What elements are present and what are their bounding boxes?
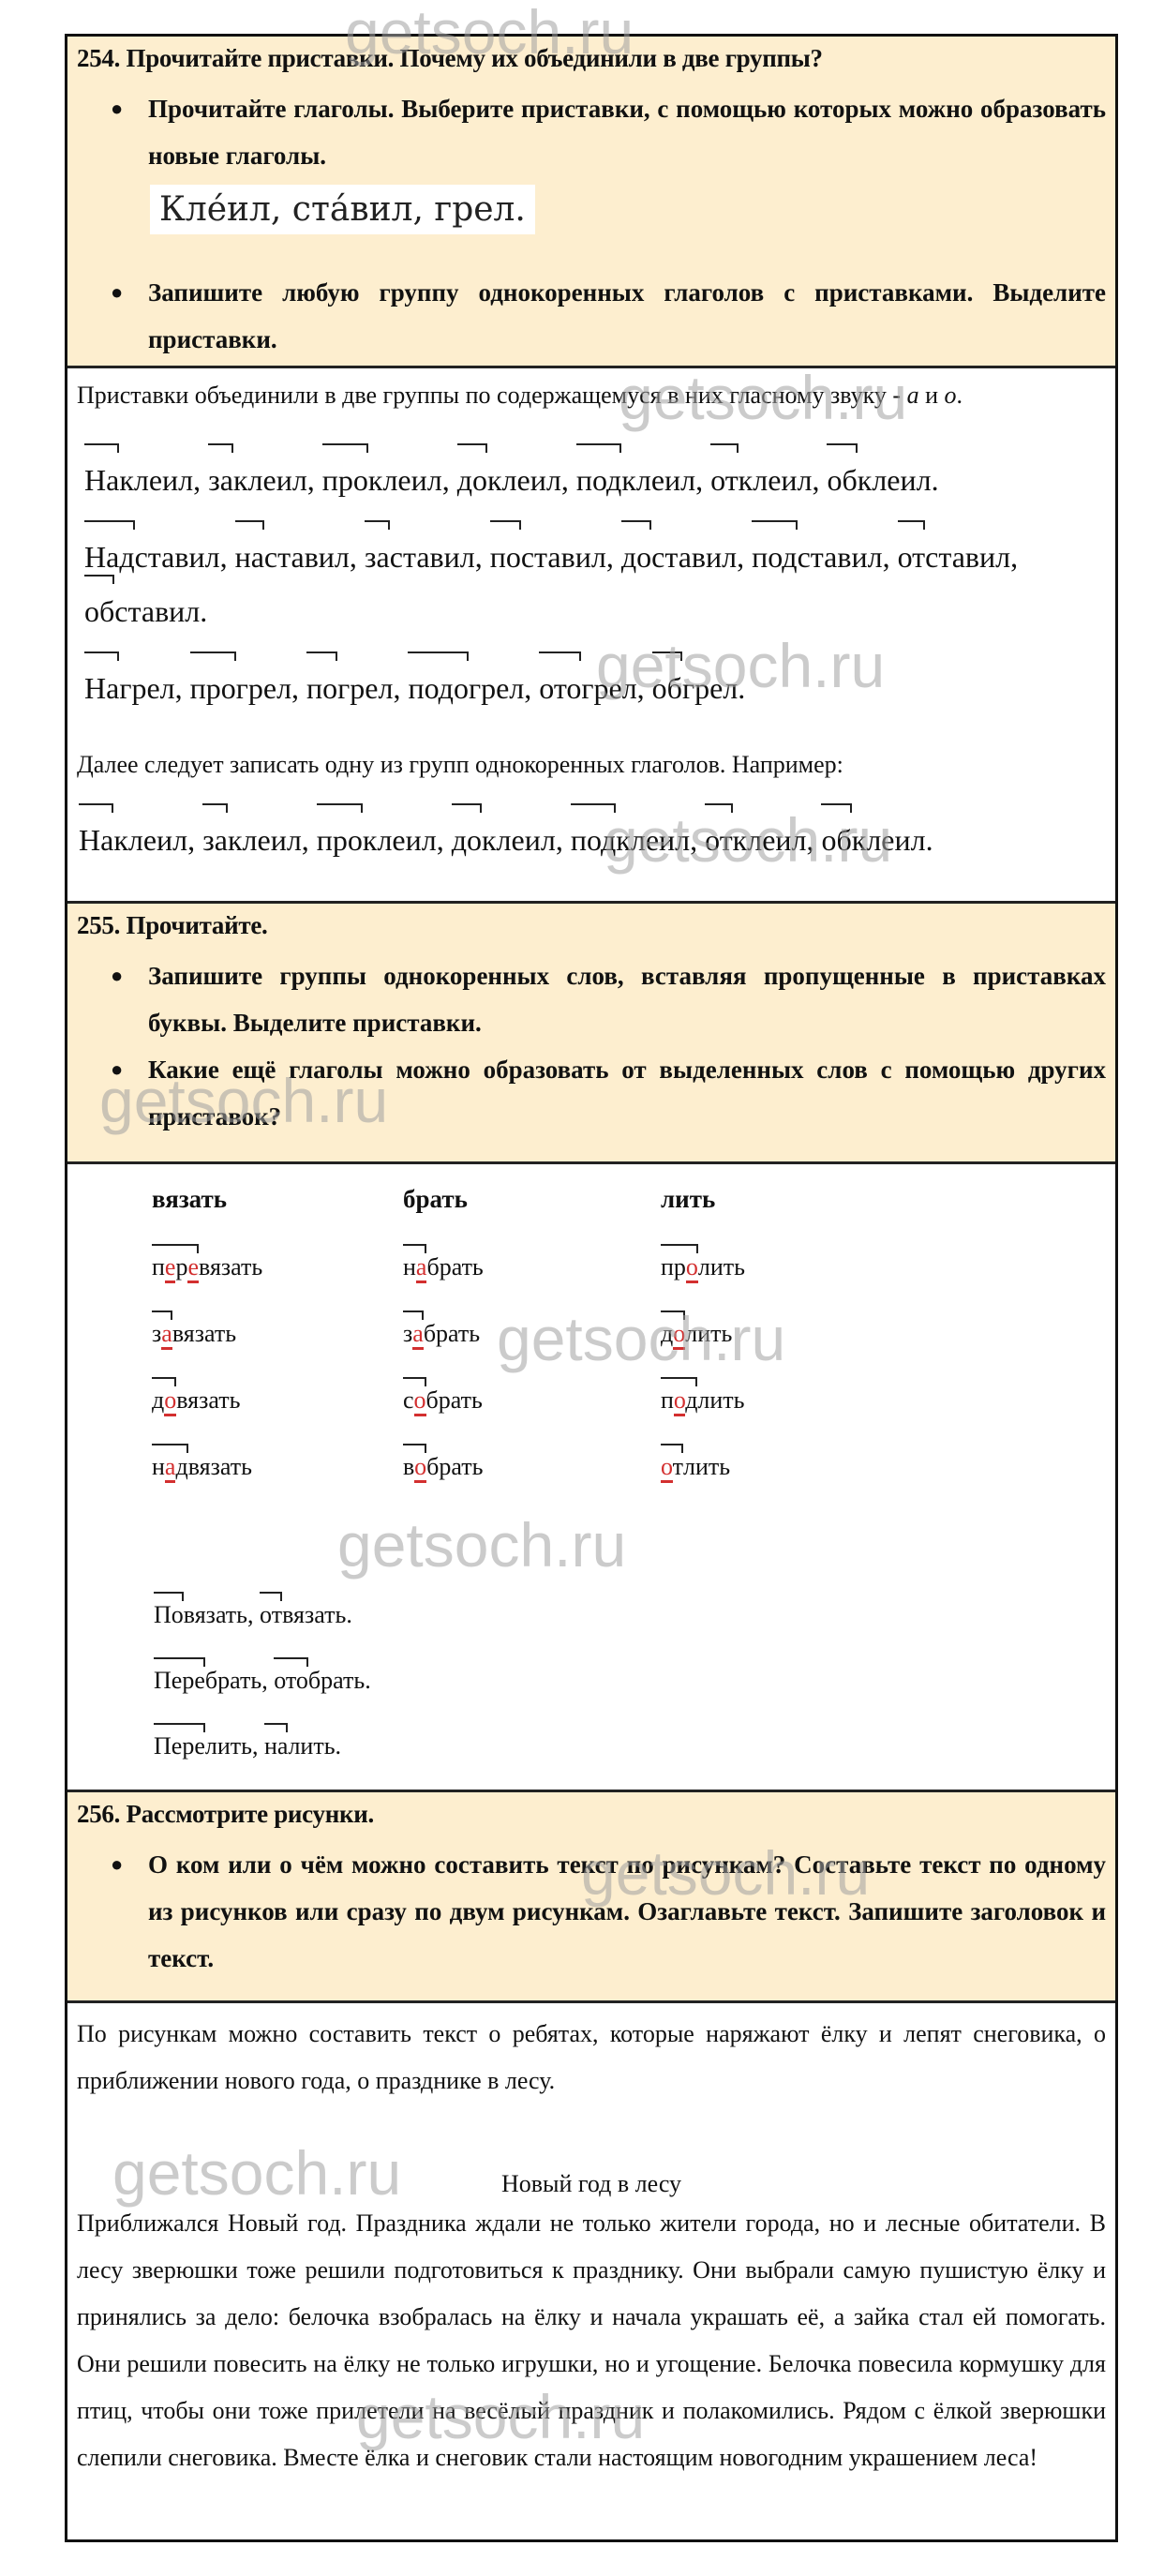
bullet-icon: ● <box>111 269 123 316</box>
prefixed-verb: подогрел <box>408 661 524 715</box>
story-text: Приближался Новый год. Праздника ждали н… <box>77 2200 1106 2481</box>
inserted-letter: о <box>686 1253 698 1283</box>
story-title: Новый год в лесу <box>67 2170 1115 2198</box>
prefix-mark: до <box>621 530 651 584</box>
prefix-mark: за <box>208 453 233 507</box>
prefixed-verb: отклеил <box>705 813 806 867</box>
prefix-mark: по <box>490 530 521 584</box>
exercise-254-bullet-1: ● Прочитайте глаголы. Выберите приставки… <box>112 85 1106 179</box>
bullet-icon: ● <box>111 85 123 132</box>
prefix-mark: до <box>452 813 482 867</box>
new-verbs-line: Повязать, отвязать. <box>154 1601 352 1629</box>
prefix-mark: от <box>260 1601 282 1629</box>
prefixed-verb: наставил <box>235 530 350 584</box>
prefix-mark: до <box>457 453 487 507</box>
prefixed-verb: отогрел <box>539 661 636 715</box>
prefixed-verb: обставил <box>84 584 200 638</box>
verb-group-grel: Нагрел, прогрел, погрел, подогрел, отогр… <box>84 661 1106 715</box>
filled-word: довязать <box>152 1386 240 1415</box>
prefixed-verb: отставил <box>898 530 1011 584</box>
inserted-letter: а <box>161 1320 172 1350</box>
answer-followup: Далее следует записать одну из групп одн… <box>77 751 1106 779</box>
exercise-255-bullet-1: ● Запишите группы однокоренных слов, вст… <box>112 952 1106 1046</box>
inserted-letter: а <box>416 1253 427 1283</box>
prefix-mark: На <box>84 661 119 715</box>
verb-group-kleil: Наклеил, заклеил, проклеил, доклеил, под… <box>84 453 1106 507</box>
homework-document: 254. Прочитайте приставки. Почему их объ… <box>65 34 1118 2542</box>
exercise-255-bullet-2: ● Какие ещё глаголы можно образовать от … <box>112 1046 1106 1140</box>
bullet-icon: ● <box>111 952 123 999</box>
prefixed-verb: Наклеил <box>84 453 193 507</box>
prefixed-verb: подставил <box>752 530 882 584</box>
prefix-mark: до <box>152 1386 176 1415</box>
prefix-mark: за <box>152 1320 172 1348</box>
prefixed-verb: доставил <box>621 530 737 584</box>
new-verbs-line: Перелить, налить. <box>154 1732 341 1760</box>
prefix-mark: ото <box>274 1667 308 1695</box>
prefix-mark: от <box>898 530 926 584</box>
prefixed-verb: заставил <box>365 530 475 584</box>
prefix-mark: за <box>365 530 390 584</box>
prefixed-verb: доклеил <box>457 453 561 507</box>
prefix-mark: про <box>661 1253 698 1281</box>
new-verbs-line: Перебрать, отобрать. <box>154 1667 371 1695</box>
exercise-254-bullet-2: ● Запишите любую группу однокоренных гла… <box>112 269 1106 363</box>
prefixed-verb: поставил <box>490 530 606 584</box>
filled-word: завязать <box>152 1320 236 1348</box>
inserted-letter: о <box>414 1386 426 1416</box>
prefix-mark: на <box>403 1253 426 1281</box>
inserted-letter: о <box>661 1453 673 1483</box>
prefix-mark: про <box>190 661 236 715</box>
prefixed-verb: погрел <box>306 661 393 715</box>
prefixed-verb: налить <box>264 1732 336 1760</box>
column-head: вязать <box>152 1185 227 1214</box>
prefixed-verb: прогрел <box>190 661 291 715</box>
column-head: лить <box>661 1185 715 1214</box>
exercise-255-answer: вязатьперевязатьзавязатьдовязатьнадвязат… <box>67 1164 1115 1790</box>
prefix-mark: под <box>571 813 616 867</box>
inserted-letter: е <box>165 1253 176 1283</box>
prefixed-verb: Перебрать <box>154 1667 261 1695</box>
prefix-mark: на <box>235 530 264 584</box>
prefix-mark: под <box>752 530 797 584</box>
prefixed-verb: обгрел <box>652 661 739 715</box>
prefixed-verb: обклеил <box>821 813 925 867</box>
exercise-255-task: 255. Прочитайте. ● Запишите группы однок… <box>67 904 1115 1161</box>
verb-group-example: Наклеил, заклеил, проклеил, доклеил, под… <box>79 813 1106 867</box>
prefixed-verb: подклеил <box>576 453 695 507</box>
prefix-mark: про <box>317 813 363 867</box>
prefix-mark: По <box>154 1601 184 1629</box>
prefixed-verb: Нагрел <box>84 661 175 715</box>
prefix-mark: об <box>821 813 851 867</box>
verb-group-stavil: Надставил, наставил, заставил, поставил,… <box>84 530 1106 638</box>
exercise-255-title: 255. Прочитайте. <box>77 911 267 940</box>
prefixed-verb: Наклеил <box>79 813 187 867</box>
inserted-letter: о <box>164 1386 176 1416</box>
prefix-mark: по <box>306 661 337 715</box>
filled-word: набрать <box>403 1253 484 1281</box>
exercise-254-title: 254. Прочитайте приставки. Почему их объ… <box>77 44 823 73</box>
prefix-mark: об <box>84 584 114 638</box>
prefixed-verb: заклеил <box>208 453 307 507</box>
prefixed-verb: проклеил <box>317 813 437 867</box>
exercise-256-bullet-1: ● О ком или о чём можно составить текст … <box>112 1841 1106 1982</box>
filled-word: вобрать <box>403 1453 483 1481</box>
exercise-256-answer: По рисункам можно составить текст о ребя… <box>67 2003 1115 2539</box>
prefix-mark: над <box>152 1453 188 1481</box>
inserted-letter: о <box>414 1453 426 1483</box>
exercise-256-task: 256. Рассмотрите рисунки. ● О ком или о … <box>67 1792 1115 2000</box>
answer-intro: По рисункам можно составить текст о ребя… <box>77 2011 1106 2104</box>
prefix-mark: от <box>710 453 739 507</box>
inserted-letter: а <box>165 1453 176 1483</box>
prefixed-verb: доклеил <box>452 813 556 867</box>
prefix-mark: на <box>264 1732 288 1760</box>
prefix-mark: На <box>79 813 113 867</box>
bullet-icon: ● <box>111 1841 123 1888</box>
inserted-letter: е <box>187 1253 199 1283</box>
prefix-mark: Пере <box>154 1732 205 1760</box>
filled-word: отлить <box>661 1453 730 1481</box>
prefix-mark: под <box>661 1386 697 1415</box>
prefix-mark: во <box>403 1453 426 1481</box>
filled-word: пролить <box>661 1253 745 1281</box>
inserted-letter: о <box>673 1320 685 1350</box>
exercise-254-answer: Приставки объединили в две группы по сод… <box>67 368 1115 901</box>
prefixed-verb: отвязать <box>260 1601 346 1629</box>
filled-word: долить <box>661 1320 732 1348</box>
prefix-mark: до <box>661 1320 685 1348</box>
prefix-mark: под <box>576 453 621 507</box>
example-verbs-image: Кле́ил, ста́вил, грел. <box>150 185 535 234</box>
prefix-mark: об <box>827 453 857 507</box>
exercise-256-title: 256. Рассмотрите рисунки. <box>77 1800 374 1829</box>
column-head: брать <box>403 1185 468 1214</box>
prefix-mark: за <box>403 1320 424 1348</box>
filled-word: подлить <box>661 1386 745 1415</box>
prefix-mark: ото <box>539 661 581 715</box>
prefix-mark: со <box>403 1386 426 1415</box>
inserted-letter: а <box>412 1320 424 1350</box>
prefixed-verb: Повязать <box>154 1601 247 1629</box>
prefix-mark: об <box>652 661 682 715</box>
prefix-mark: от <box>705 813 733 867</box>
answer-intro: Приставки объединили в две группы по сод… <box>77 382 1106 410</box>
prefixed-verb: отклеил <box>710 453 812 507</box>
prefixed-verb: заклеил <box>202 813 302 867</box>
filled-word: забрать <box>403 1320 480 1348</box>
prefix-mark: про <box>322 453 368 507</box>
inserted-letter: о <box>674 1386 685 1416</box>
prefixed-verb: проклеил <box>322 453 442 507</box>
prefix-mark: подо <box>408 661 468 715</box>
exercise-254-task: 254. Прочитайте приставки. Почему их объ… <box>67 37 1115 366</box>
prefixed-verb: отобрать <box>274 1667 365 1695</box>
prefixed-verb: подклеил <box>571 813 690 867</box>
filled-word: надвязать <box>152 1453 252 1481</box>
bullet-icon: ● <box>111 1046 123 1093</box>
filled-word: перевязать <box>152 1253 262 1281</box>
prefix-mark: На <box>84 453 119 507</box>
prefix-mark: Пере <box>154 1667 205 1695</box>
prefix-mark: пере <box>152 1253 199 1281</box>
prefixed-verb: Перелить <box>154 1732 252 1760</box>
prefixed-verb: обклеил <box>827 453 931 507</box>
prefix-mark: от <box>661 1453 683 1481</box>
prefix-mark: за <box>202 813 228 867</box>
filled-word: собрать <box>403 1386 483 1415</box>
